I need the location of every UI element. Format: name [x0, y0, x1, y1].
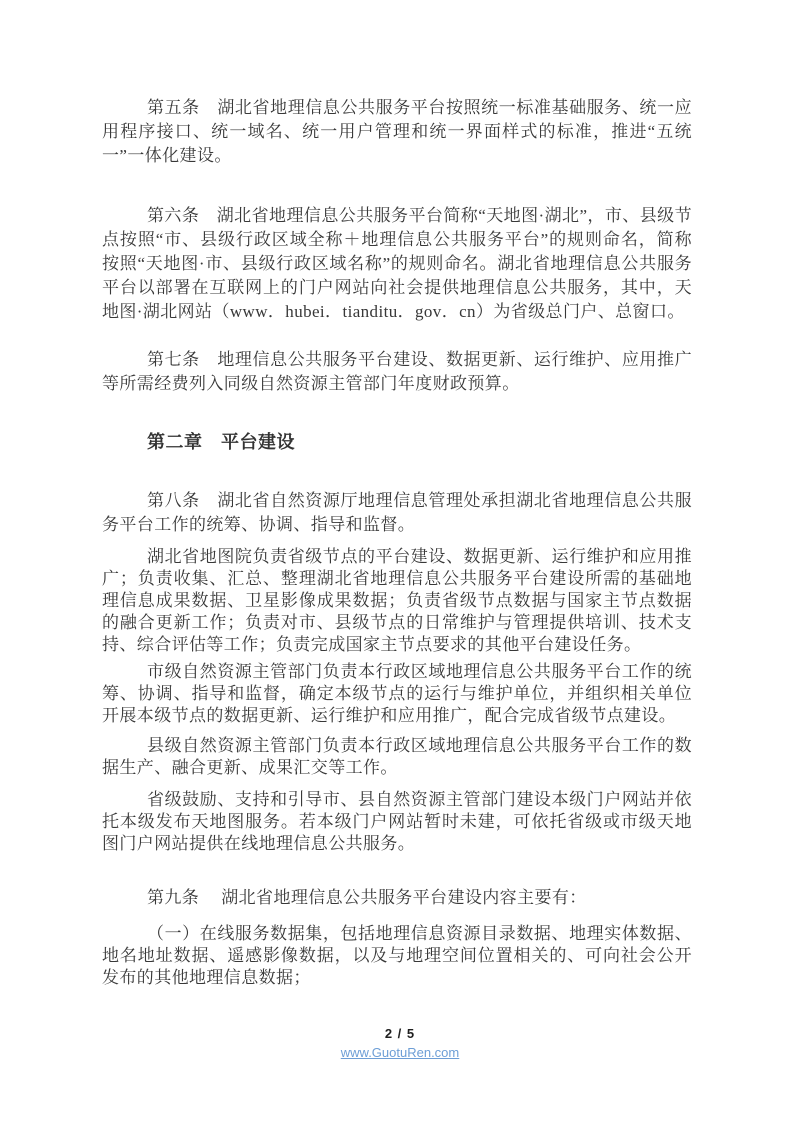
- document-body: 第五条 湖北省地理信息公共服务平台按照统一标准基础服务、统一应用程序接口、统一域…: [102, 0, 692, 989]
- para-article-5: 第五条 湖北省地理信息公共服务平台按照统一标准基础服务、统一应用程序接口、统一域…: [102, 0, 692, 168]
- para-article-6: 第六条 湖北省地理信息公共服务平台简称“天地图·湖北”，市、县级节点按照“市、县…: [102, 204, 692, 324]
- para-article-8: 第八条 湖北省自然资源厅地理信息管理处承担湖北省地理信息公共服务平台工作的统筹、…: [102, 489, 692, 537]
- chapter-heading: 第二章 平台建设: [102, 430, 692, 454]
- page-footer: 2 / 5 www.GuotuRen.com: [0, 1026, 800, 1062]
- para-county-level-duties: 县级自然资源主管部门负责本行政区域地理信息公共服务平台工作的数据生产、融合更新、…: [102, 735, 692, 779]
- para-article-9: 第九条 湖北省地理信息公共服务平台建设内容主要有：: [102, 886, 692, 910]
- para-item-1-online-dataset: （一）在线服务数据集，包括地理信息资源目录数据、地理实体数据、地名地址数据、遥感…: [102, 923, 692, 989]
- para-city-level-duties: 市级自然资源主管部门负责本行政区域地理信息公共服务平台工作的统筹、协调、指导和监…: [102, 661, 692, 727]
- footer-site-link[interactable]: www.GuotuRen.com: [341, 1045, 460, 1060]
- page-number-indicator: 2 / 5: [0, 1026, 800, 1041]
- para-article-7: 第七条 地理信息公共服务平台建设、数据更新、运行维护、应用推广等所需经费列入同级…: [102, 348, 692, 396]
- para-portal-encouragement: 省级鼓励、支持和引导市、县自然资源主管部门建设本级门户网站并依托本级发布天地图服…: [102, 789, 692, 855]
- para-provincial-mapping-institute: 湖北省地图院负责省级节点的平台建设、数据更新、运行维护和应用推广；负责收集、汇总…: [102, 546, 692, 656]
- document-page: 第五条 湖北省地理信息公共服务平台按照统一标准基础服务、统一应用程序接口、统一域…: [0, 0, 800, 1132]
